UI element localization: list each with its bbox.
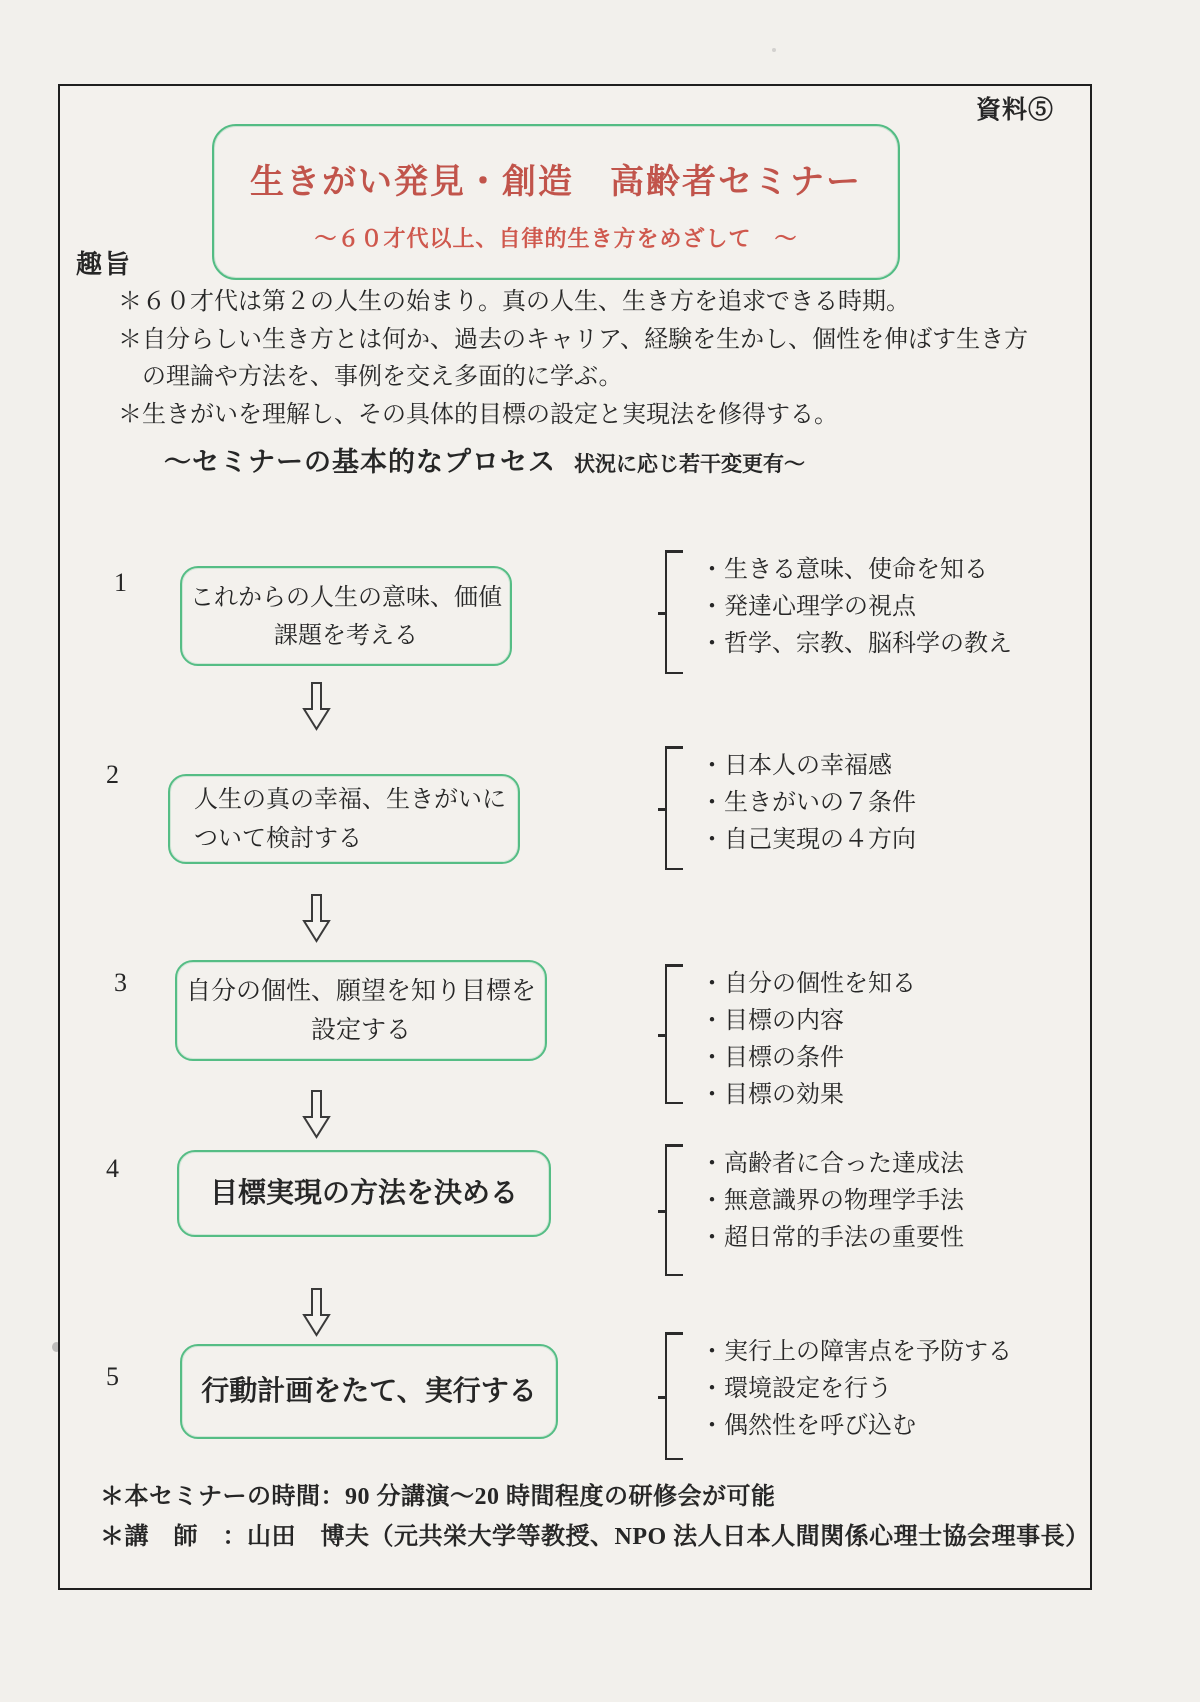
seminar-title: 生きがい発見・創造 高齢者セミナー	[214, 154, 898, 203]
step-box-text: これからの人生の意味、価値	[182, 579, 510, 617]
purpose-label: 趣旨	[76, 244, 132, 281]
purpose-text: ＊６０才代は第２の人生の始まり。真の人生、生き方を追求できる時期。 ＊自分らしい…	[118, 284, 1048, 434]
scan-speck	[772, 48, 776, 52]
scanned-document-page: 資料⑤ 生きがい発見・創造 高齢者セミナー ～６０才代以上、自律的生き方をめざし…	[0, 0, 1200, 1702]
bracket	[665, 550, 693, 674]
step-point: ・生きがいの７条件	[700, 785, 916, 822]
step-box-text: 人生の真の幸福、生きがいに	[194, 781, 518, 820]
step-box-text: 課題を考える	[182, 617, 510, 655]
down-arrow-icon	[298, 1288, 336, 1338]
down-arrow-icon	[298, 894, 336, 944]
step-box-text: 目標実現の方法を決める	[179, 1152, 549, 1235]
step-points-3: ・自分の個性を知る ・目標の内容 ・目標の条件 ・目標の効果	[700, 966, 916, 1114]
step-point: ・無意識界の物理学手法	[700, 1183, 964, 1220]
process-heading-main: ～セミナーの基本的なプロセス	[164, 447, 556, 477]
footer-duration-note: ＊本セミナーの時間：90 分講演～20 時間程度の研修会が可能	[100, 1476, 776, 1511]
step-point: ・環境設定を行う	[700, 1371, 1012, 1408]
step-number-4: 4	[106, 1154, 119, 1184]
step-box-text: ついて検討する	[194, 820, 518, 859]
bracket	[665, 964, 693, 1104]
step-number-3: 3	[114, 968, 127, 998]
step-box-4: 目標実現の方法を決める	[177, 1150, 551, 1237]
step-point: ・高齢者に合った達成法	[700, 1146, 964, 1183]
step-box-3: 自分の個性、願望を知り目標を 設定する	[175, 960, 547, 1061]
step-number-5: 5	[106, 1362, 119, 1392]
step-number-2: 2	[106, 760, 119, 790]
step-point: ・自分の個性を知る	[700, 966, 916, 1003]
step-point: ・哲学、宗教、脳科学の教え	[700, 626, 1012, 663]
step-point: ・生きる意味、使命を知る	[700, 552, 1012, 589]
bracket	[665, 746, 693, 870]
down-arrow-icon	[298, 682, 336, 732]
process-heading: ～セミナーの基本的なプロセス 状況に応じ若干変更有～	[164, 440, 805, 479]
step-box-text: 設定する	[177, 1011, 545, 1050]
step-point: ・目標の条件	[700, 1040, 916, 1077]
step-points-5: ・実行上の障害点を予防する ・環境設定を行う ・偶然性を呼び込む	[700, 1334, 1012, 1445]
purpose-line: ＊自分らしい生き方とは何か、過去のキャリア、経験を生かし、個性を伸ばす生き方	[118, 322, 1048, 360]
page-frame: 資料⑤ 生きがい発見・創造 高齢者セミナー ～６０才代以上、自律的生き方をめざし…	[58, 84, 1092, 1590]
down-arrow-icon	[298, 1090, 336, 1140]
step-box-2: 人生の真の幸福、生きがいに ついて検討する	[168, 774, 520, 864]
step-point: ・偶然性を呼び込む	[700, 1408, 1012, 1445]
step-points-2: ・日本人の幸福感 ・生きがいの７条件 ・自己実現の４方向	[700, 748, 916, 859]
title-box: 生きがい発見・創造 高齢者セミナー ～６０才代以上、自律的生き方をめざして ～	[212, 124, 900, 280]
footer-lecturer-note: ＊講 師 ：山田 博夫（元共栄大学等教授、NPO 法人日本人間関係心理士協会理事…	[100, 1516, 1090, 1551]
bracket	[665, 1144, 693, 1276]
step-point: ・自己実現の４方向	[700, 822, 916, 859]
doc-number-label: 資料⑤	[976, 90, 1054, 126]
step-point: ・目標の効果	[700, 1077, 916, 1114]
step-point: ・目標の内容	[700, 1003, 916, 1040]
step-point: ・日本人の幸福感	[700, 748, 916, 785]
step-box-text: 自分の個性、願望を知り目標を	[177, 972, 545, 1011]
purpose-line: の理論や方法を、事例を交え多面的に学ぶ。	[118, 359, 1048, 397]
step-point: ・実行上の障害点を予防する	[700, 1334, 1012, 1371]
bracket	[665, 1332, 693, 1460]
step-point: ・発達心理学の視点	[700, 589, 1012, 626]
step-point: ・超日常的手法の重要性	[700, 1220, 964, 1257]
step-box-text: 行動計画をたて、実行する	[182, 1346, 556, 1437]
step-number-1: 1	[114, 568, 127, 598]
purpose-line: ＊生きがいを理解し、その具体的目標の設定と実現法を修得する。	[118, 397, 1048, 435]
step-box-1: これからの人生の意味、価値 課題を考える	[180, 566, 512, 666]
seminar-subtitle: ～６０才代以上、自律的生き方をめざして ～	[214, 222, 898, 253]
step-points-1: ・生きる意味、使命を知る ・発達心理学の視点 ・哲学、宗教、脳科学の教え	[700, 552, 1012, 663]
purpose-line: ＊６０才代は第２の人生の始まり。真の人生、生き方を追求できる時期。	[118, 284, 1048, 322]
step-points-4: ・高齢者に合った達成法 ・無意識界の物理学手法 ・超日常的手法の重要性	[700, 1146, 964, 1257]
step-box-5: 行動計画をたて、実行する	[180, 1344, 558, 1439]
process-heading-note: 状況に応じ若干変更有～	[574, 452, 805, 476]
